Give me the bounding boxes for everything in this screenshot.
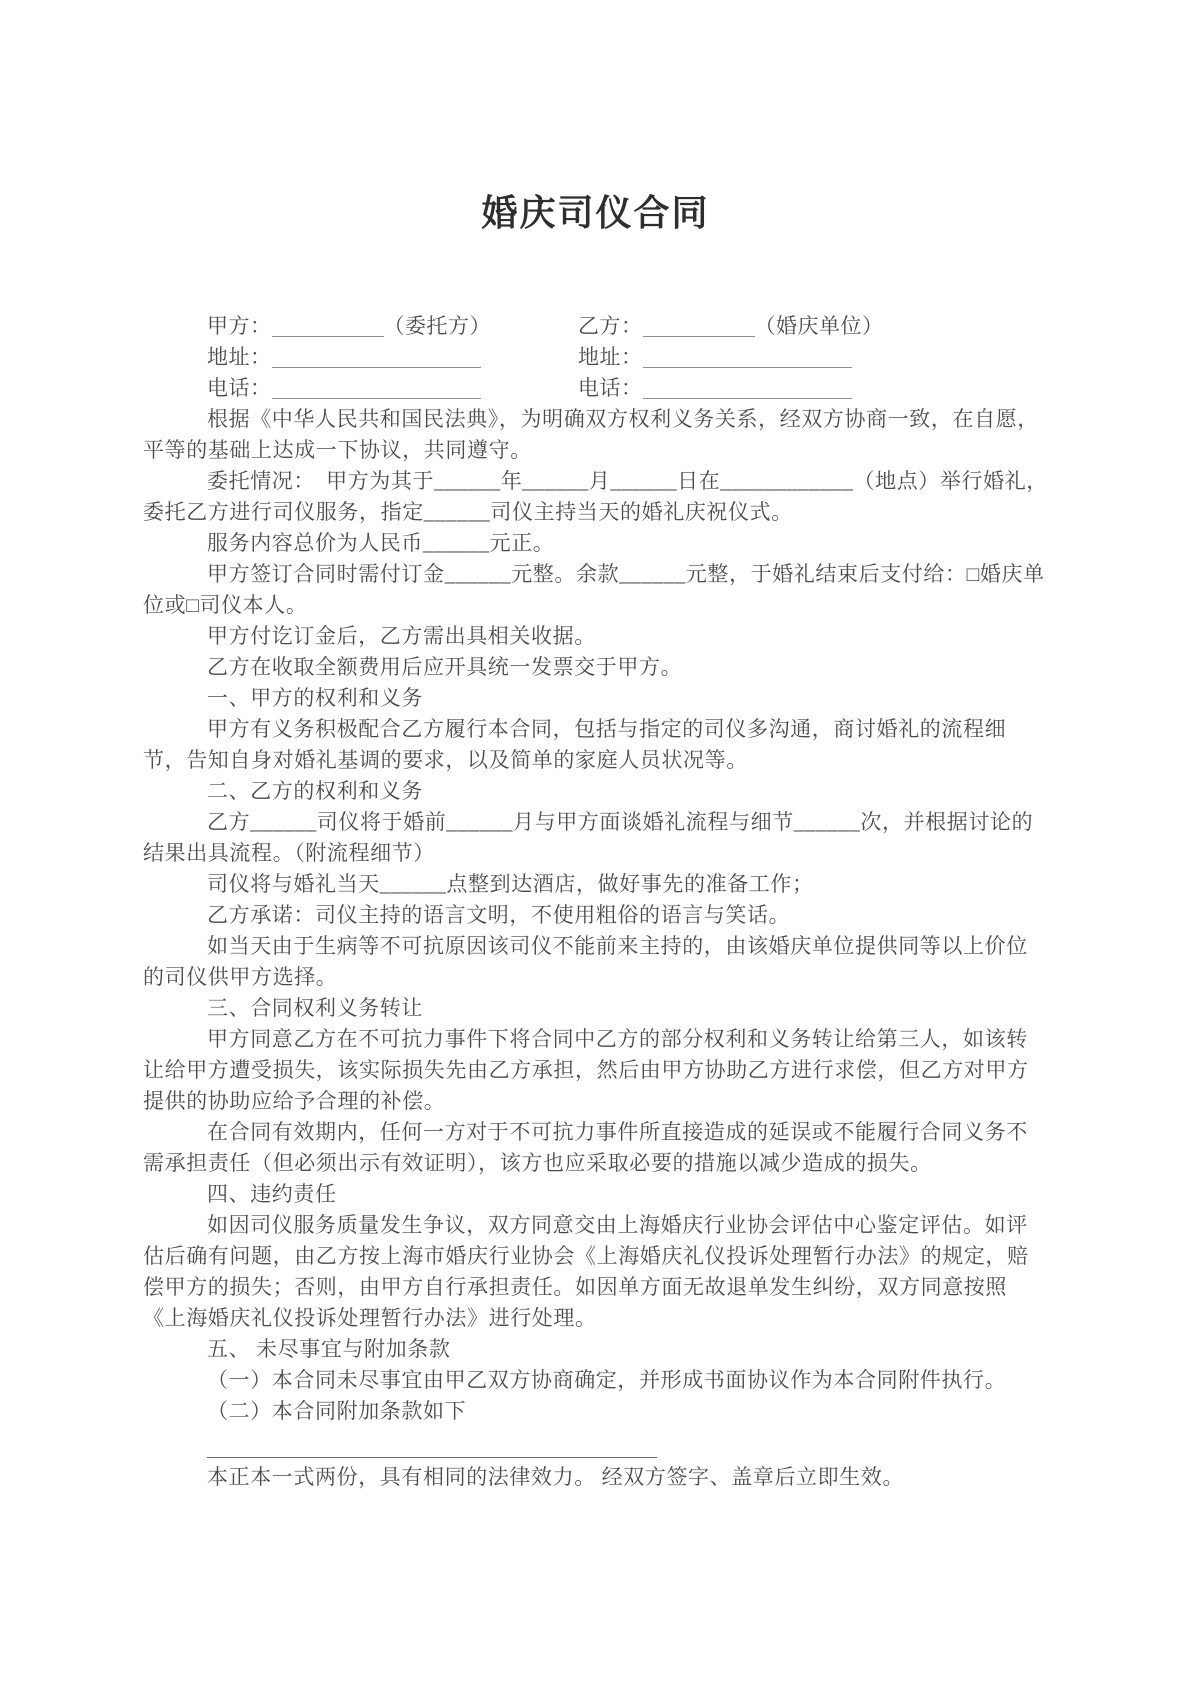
party-b-name-blank <box>643 336 755 337</box>
party-b-phone-label: 电话： <box>578 376 643 400</box>
paragraph-receipt: 甲方付讫订金后，乙方需出具相关收据。 <box>143 621 1048 652</box>
parties-section: 甲方：（委托方） 乙方：（婚庆单位） 地址： 地址： 电话： 电话： <box>143 311 1048 404</box>
paragraph-arrival-time: 司仪将与婚礼当天______点整到达酒店，做好事先的准备工作； <box>143 869 1048 900</box>
party-b-address-label: 地址： <box>578 345 643 369</box>
contract-page: 婚庆司仪合同 甲方：（委托方） 乙方：（婚庆单位） 地址： 地址： 电话： 电话… <box>0 0 1190 1683</box>
paragraph-deposit-balance: 甲方签订合同时需付订金______元整。余款______元整，于婚礼结束后支付给… <box>143 559 1048 621</box>
section-heading-5: 五、 未尽事宜与附加条款 <box>143 1334 1048 1365</box>
party-phone-row: 电话： 电话： <box>143 373 1048 404</box>
party-a-phone-cell: 电话： <box>143 373 578 404</box>
party-b-role-label: （婚庆单位） <box>755 314 884 338</box>
party-address-row: 地址： 地址： <box>143 342 1048 373</box>
party-b-address-cell: 地址： <box>578 342 1048 373</box>
party-a-label: 甲方： <box>207 314 272 338</box>
paragraph-party-a-duties: 甲方有义务积极配合乙方履行本合同，包括与指定的司仪多沟通，商讨婚礼的流程细节，告… <box>143 714 1048 776</box>
section-heading-1: 一、甲方的权利和义务 <box>143 683 1048 714</box>
party-b-phone-cell: 电话： <box>578 373 1048 404</box>
paragraph-rights-transfer: 甲方同意乙方在不可抗力事件下将合同中乙方的部分权利和义务转让给第三人，如该转让给… <box>143 1024 1048 1117</box>
paragraph-invoice: 乙方在收取全额费用后应开具统一发票交于甲方。 <box>143 652 1048 683</box>
contract-body: 根据《中华人民共和国民法典》，为明确双方权利义务关系，经双方协商一致，在自愿，平… <box>143 404 1048 1493</box>
party-b-label: 乙方： <box>578 314 643 338</box>
paragraph-commission-details: 委托情况： 甲方为其于______年______月______日在_______… <box>143 466 1048 528</box>
paragraph-total-price: 服务内容总价为人民币______元正。 <box>143 528 1048 559</box>
party-b-address-blank <box>643 367 852 368</box>
party-a-address-cell: 地址： <box>143 342 578 373</box>
party-name-row: 甲方：（委托方） 乙方：（婚庆单位） <box>143 311 1048 342</box>
paragraph-breach-liability: 如因司仪服务质量发生争议，双方同意交由上海婚庆行业协会评估中心鉴定评估。如评估后… <box>143 1210 1048 1334</box>
party-a-name-blank <box>272 336 384 337</box>
paragraph-language-promise: 乙方承诺：司仪主持的语言文明，不使用粗俗的语言与笑话。 <box>143 900 1048 931</box>
paragraph-meeting-schedule: 乙方______司仪将于婚前______月与甲方面谈婚礼流程与细节______次… <box>143 807 1048 869</box>
section-heading-4: 四、违约责任 <box>143 1179 1048 1210</box>
party-b-phone-blank <box>643 398 852 399</box>
section-heading-3: 三、合同权利义务转让 <box>143 993 1048 1024</box>
party-a-address-blank <box>272 367 481 368</box>
paragraph-substitute-emcee: 如当天由于生病等不可抗原因该司仪不能前来主持的，由该婚庆单位提供同等以上价位的司… <box>143 931 1048 993</box>
additional-terms-fill-line <box>207 1427 657 1458</box>
party-a-role-label: （委托方） <box>384 314 492 338</box>
paragraph-addendum-1: （一）本合同未尽事宜由甲乙双方协商确定，并形成书面协议作为本合同附件执行。 <box>143 1365 1048 1396</box>
paragraph-force-majeure: 在合同有效期内，任何一方对于不可抗力事件所直接造成的延误或不能履行合同义务不需承… <box>143 1117 1048 1179</box>
paragraph-addendum-2: （二）本合同附加条款如下 <box>143 1396 1048 1427</box>
section-heading-2: 二、乙方的权利和义务 <box>143 776 1048 807</box>
party-a-phone-label: 电话： <box>207 376 272 400</box>
document-title: 婚庆司仪合同 <box>143 193 1048 233</box>
party-a-name-cell: 甲方：（委托方） <box>143 311 578 342</box>
party-a-address-label: 地址： <box>207 345 272 369</box>
party-a-phone-blank <box>272 398 481 399</box>
party-b-name-cell: 乙方：（婚庆单位） <box>578 311 1048 342</box>
paragraph-validity: 本正本一式两份，具有相同的法律效力。 经双方签字、盖章后立即生效。 <box>143 1462 1048 1493</box>
paragraph-preamble: 根据《中华人民共和国民法典》，为明确双方权利义务关系，经双方协商一致，在自愿，平… <box>143 404 1048 466</box>
